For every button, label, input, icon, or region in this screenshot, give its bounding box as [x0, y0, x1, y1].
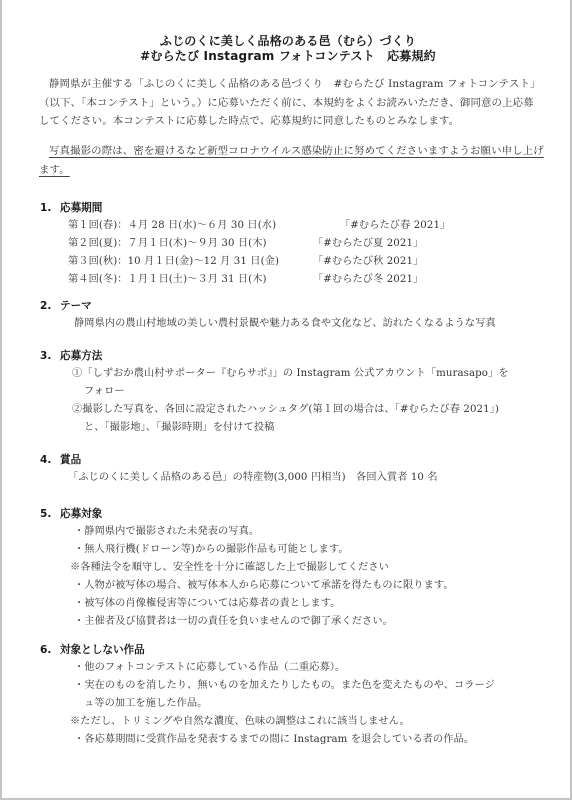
ineligible-note: ※ただし、トリミングや自然な濃度、色味の調整はこれに該当しません。	[70, 714, 410, 730]
intro-paragraph: 静岡県が主催する「ふじのくに美しく品格のある邑づくり #むらたび Instagr…	[39, 75, 544, 131]
period-3-hashtag: 「#むらたび秋 2021」	[313, 254, 423, 270]
eligible-item: ・人物が被写体の場合、被写体本人から応募について承諾を得たものに限ります。	[74, 578, 454, 594]
ineligible-item: ・各応募期間に受賞作品を発表するまでの間に Instagram を退会している者…	[74, 732, 474, 748]
period-2-dates: 第２回(夏)：７月１日(木)～９月 30 日(木)	[68, 236, 267, 252]
section-heading-theme: 2.テーマ	[40, 298, 92, 314]
section-heading-period: 1.応募期間	[40, 200, 102, 216]
section-heading-ineligible: 6.対象としない作品	[40, 642, 145, 658]
eligible-item: ・主催者及び協賛者は一切の責任を負いませんので御了承ください。	[74, 614, 393, 630]
section-heading-eligible: 5.応募対象	[40, 506, 102, 522]
method-step-2-cont: と、「撮影地」、「撮影時期」を付けて投稿	[84, 420, 274, 436]
eligible-item: ・静岡県内で撮影された未発表の写真。	[74, 524, 259, 540]
period-2-hashtag: 「#むらたび夏 2021」	[313, 236, 423, 252]
ineligible-item: ・実在のものを消したり、無いものを加えたりしたもの。また色を変えたものや、コラー…	[74, 678, 495, 694]
eligible-item: ・無人飛行機(ドローン等)からの撮影作品も可能とします。	[74, 542, 349, 558]
eligible-note: ※各種法令を順守し、安全性を十分に確認した上で撮影してください	[70, 560, 389, 576]
document-page: ふじのくに美しく品格のある邑（むら）づくり #むらたび Instagram フォ…	[0, 0, 572, 800]
period-4-hashtag: 「#むらたび冬 2021」	[313, 272, 423, 288]
period-1-dates: 第１回(春)：４月 28 日(水)～６月 30 日(水)	[68, 218, 276, 234]
method-step-1: ①「しずおか農山村サポーター『むらサポ』」の Instagram 公式アカウント…	[72, 366, 509, 382]
section-heading-method: 3.応募方法	[40, 348, 102, 364]
period-3-dates: 第３回(秋)：10 月１日(金)～12 月 31 日(金)	[68, 254, 279, 270]
document-title-line1: ふじのくに美しく品格のある邑（むら）づくり	[2, 34, 572, 49]
period-4-dates: 第４回(冬)：１月１日(土)～３月 31 日(木)	[68, 272, 267, 288]
section-heading-prize: 4.賞品	[40, 452, 81, 468]
theme-text: 静岡県内の農山村地域の美しい農村景観や魅力ある食や文化など、訪れたくなるような写…	[74, 316, 496, 332]
method-step-2: ②撮影した写真を、各回に設定されたハッシュタグ(第１回の場合は、「#むらたび春 …	[72, 402, 499, 418]
covid-notice-text: 写真撮影の際は、密を避けるなど新型コロナウイルス感染防止に努めてくださいますよう…	[39, 145, 544, 176]
prize-text: 「ふじのくに美しく品格のある邑」の特産物(3,000 円相当) 各回入賞者 10…	[68, 470, 438, 486]
method-step-1-cont: フォロー	[84, 384, 125, 400]
ineligible-item: ・他のフォトコンテストに応募している作品（二重応募）。	[74, 660, 345, 676]
period-1-hashtag: 「#むらたび春 2021」	[340, 218, 450, 234]
eligible-item: ・被写体の肖像権侵害等については応募者の責とします。	[74, 596, 340, 612]
ineligible-item-cont: ュ等の加工を施した作品。	[84, 696, 207, 712]
covid-notice: 写真撮影の際は、密を避けるなど新型コロナウイルス感染防止に努めてくださいますよう…	[39, 142, 544, 179]
document-title-line2: #むらたび Instagram フォトコンテスト 応募規約	[2, 49, 572, 64]
